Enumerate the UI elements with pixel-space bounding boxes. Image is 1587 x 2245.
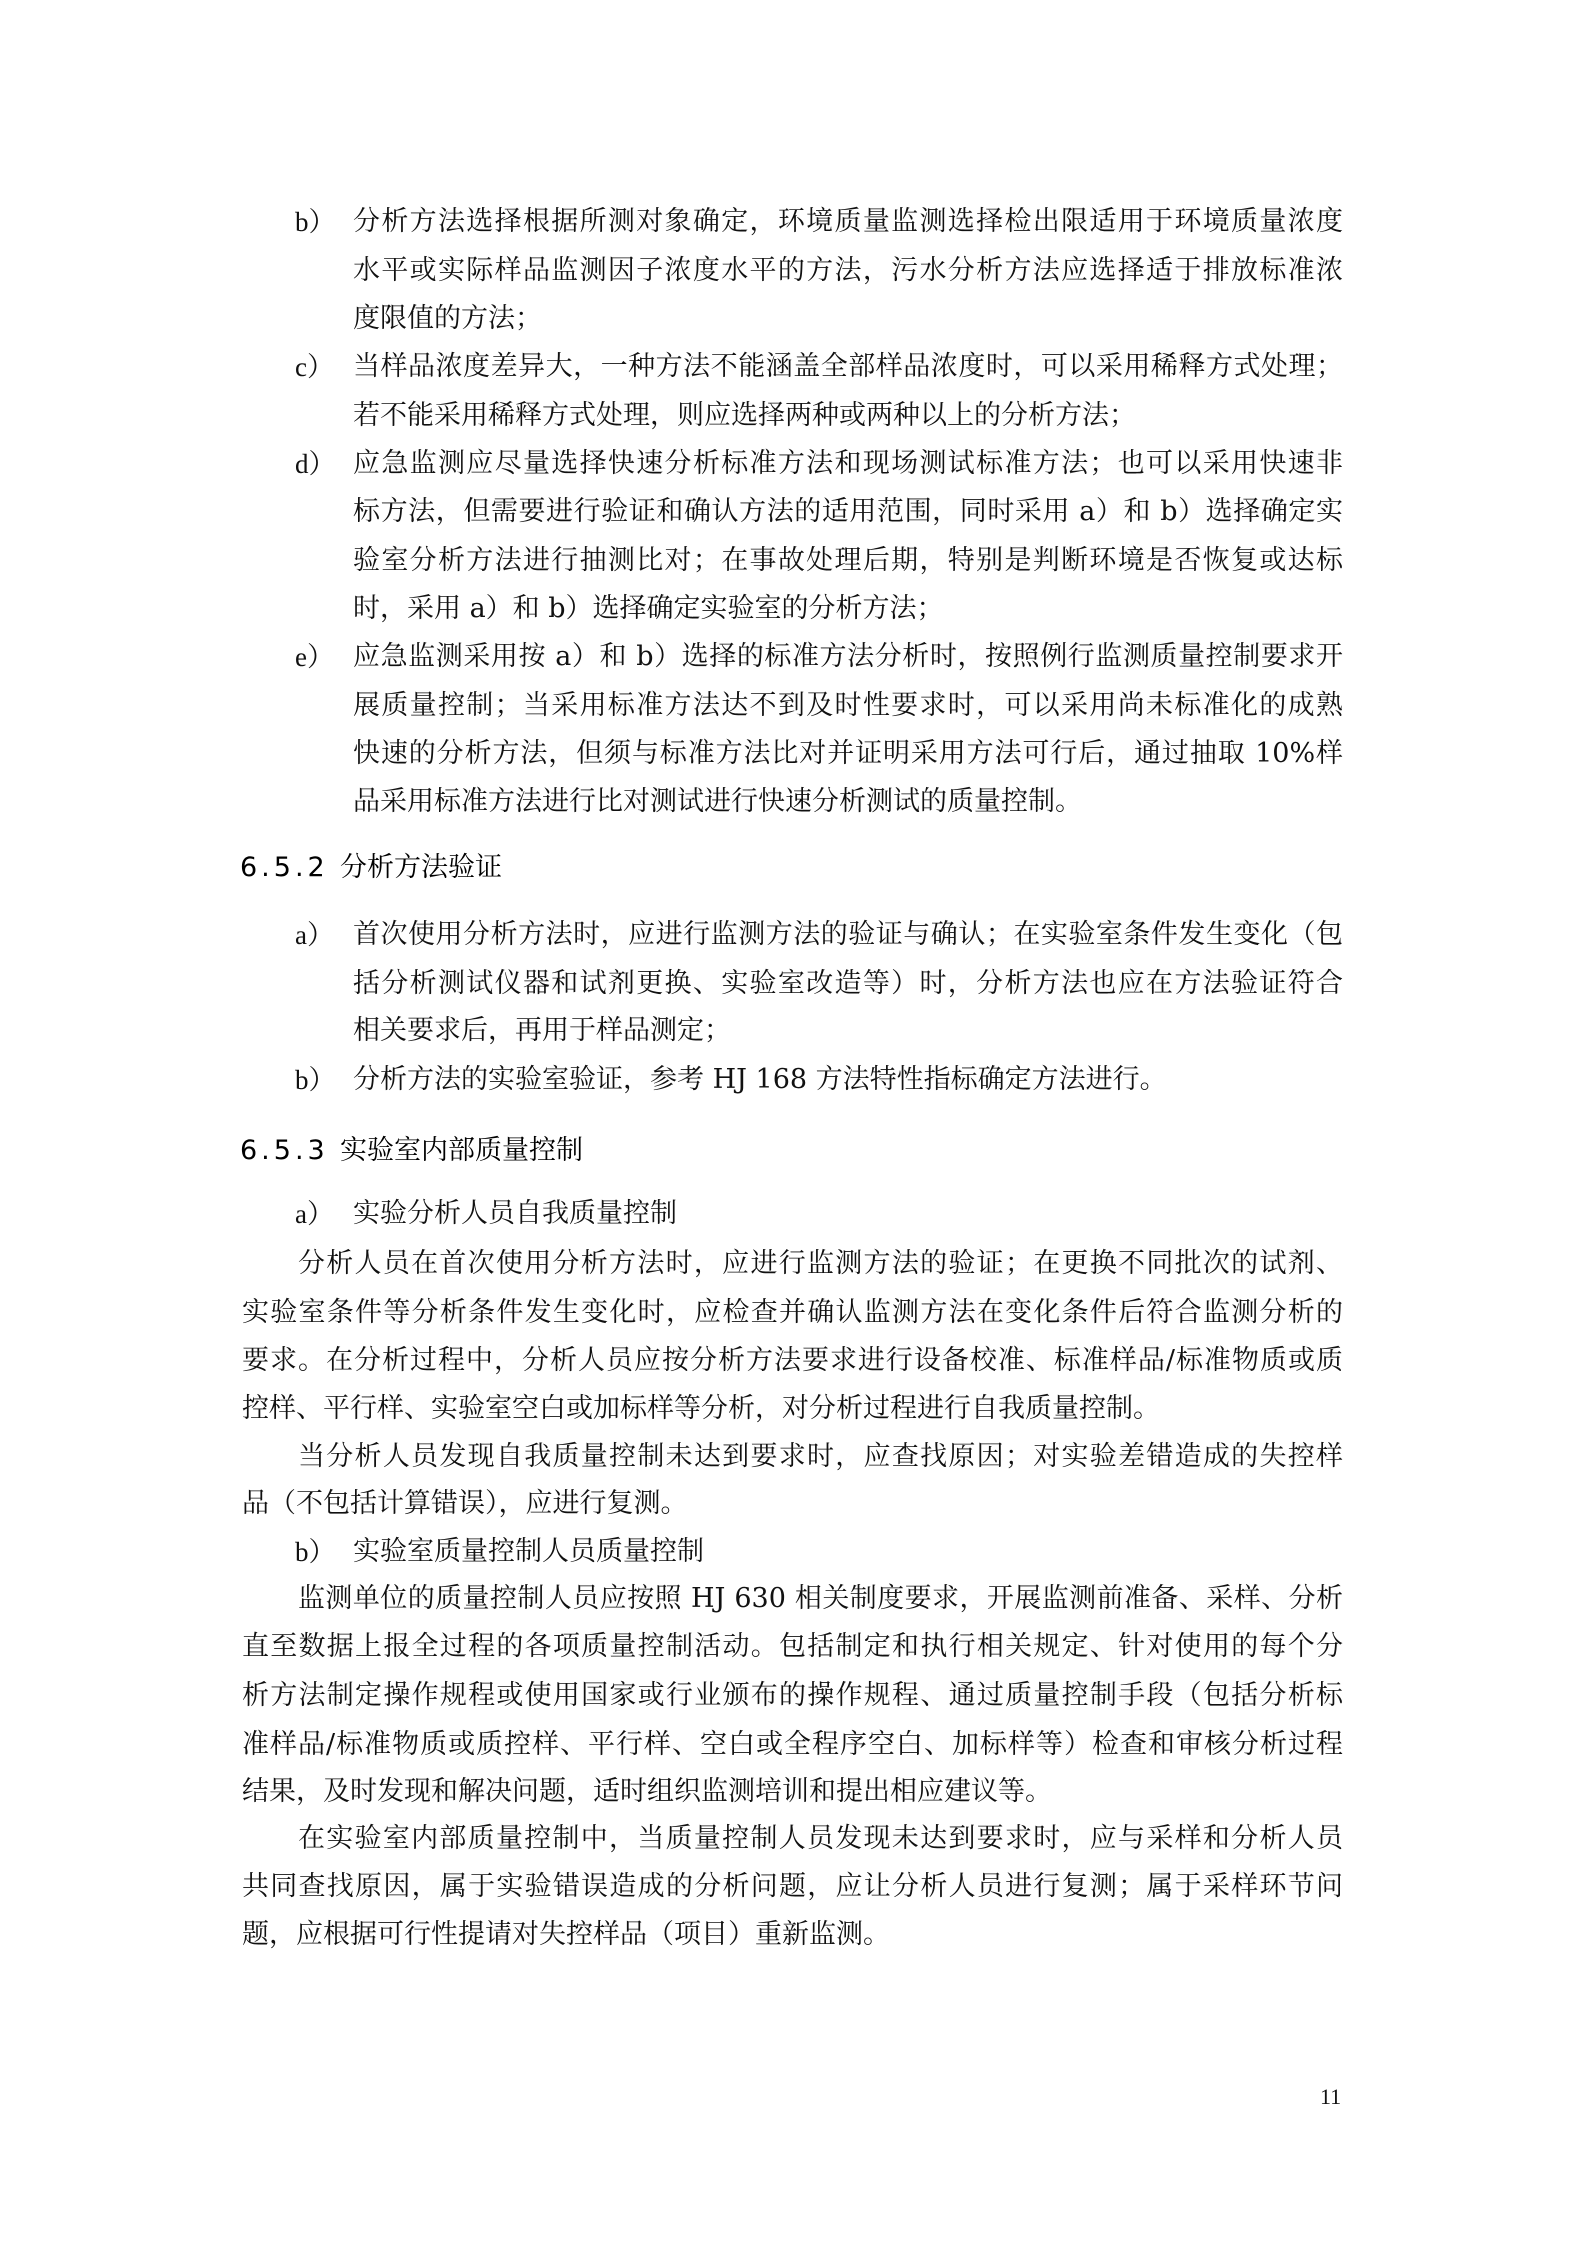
text-line: 相关要求后，再用于样品测定； bbox=[353, 1014, 731, 1048]
text-line: 分析方法的实验室验证，参考 HJ 168 方法特性指标确定方法进行。 bbox=[353, 1063, 1167, 1097]
text-line: 若不能采用稀释方式处理，则应选择两种或两种以上的分析方法； bbox=[353, 399, 1136, 433]
text-line: 度限值的方法； bbox=[353, 302, 542, 336]
section-number: 6.5.3 bbox=[240, 1134, 340, 1168]
text-line: 要求。在分析过程中，分析人员应按分析方法要求进行设备校准、标准样品/标准物质或质 bbox=[242, 1344, 1343, 1378]
text-line: 析方法制定操作规程或使用国家或行业颁布的操作规程、通过质量控制手段（包括分析标 bbox=[242, 1679, 1343, 1713]
text-line: 控样、平行样、实验室空白或加标样等分析，对分析过程进行自我质量控制。 bbox=[242, 1392, 1160, 1426]
list-label: b） bbox=[295, 1063, 336, 1097]
text-line: 结果，及时发现和解决问题，适时组织监测培训和提出相应建议等。 bbox=[242, 1775, 1052, 1809]
text-line: 品采用标准方法进行比对测试进行快速分析测试的质量控制。 bbox=[353, 785, 1082, 819]
text-line: 当分析人员发现自我质量控制未达到要求时，应查找原因；对实验差错造成的失控样 bbox=[298, 1440, 1343, 1474]
section-title: 分析方法验证 bbox=[340, 852, 502, 883]
text-line: 验室分析方法进行抽测比对；在事故处理后期，特别是判断环境是否恢复或达标 bbox=[353, 544, 1343, 578]
text-line: 快速的分析方法，但须与标准方法比对并证明采用方法可行后，通过抽取 10%样 bbox=[353, 737, 1343, 771]
text-line: 监测单位的质量控制人员应按照 HJ 630 相关制度要求，开展监测前准备、采样、… bbox=[298, 1582, 1343, 1616]
text-line: 分析人员在首次使用分析方法时，应进行监测方法的验证；在更换不同批次的试剂、 bbox=[298, 1247, 1343, 1281]
section-title: 实验室内部质量控制 bbox=[340, 1135, 583, 1166]
text-line: 应急监测应尽量选择快速分析标准方法和现场测试标准方法；也可以采用快速非 bbox=[353, 447, 1343, 481]
text-line: 应急监测采用按 a）和 b）选择的标准方法分析时，按照例行监测质量控制要求开 bbox=[353, 640, 1343, 674]
text-line: 在实验室内部质量控制中，当质量控制人员发现未达到要求时，应与采样和分析人员 bbox=[298, 1822, 1343, 1856]
list-label: c） bbox=[295, 350, 334, 384]
list-label: a） bbox=[295, 918, 334, 952]
text-line: 展质量控制；当采用标准方法达不到及时性要求时，可以采用尚未标准化的成熟 bbox=[353, 689, 1343, 723]
text-line: 时，采用 a）和 b）选择确定实验室的分析方法； bbox=[353, 592, 944, 626]
text-line: 品（不包括计算错误），应进行复测。 bbox=[242, 1487, 688, 1521]
text-line: 当样品浓度差异大，一种方法不能涵盖全部样品浓度时，可以采用稀释方式处理； bbox=[353, 350, 1343, 384]
subsection-label: b） bbox=[295, 1535, 336, 1569]
section-heading-6-5-3: 6.5.3实验室内部质量控制 bbox=[240, 1134, 583, 1168]
text-line: 实验室条件等分析条件发生变化时，应检查并确认监测方法在变化条件后符合监测分析的 bbox=[242, 1296, 1343, 1330]
text-line: 水平或实际样品监测因子浓度水平的方法，污水分析方法应选择适于排放标准浓 bbox=[353, 254, 1343, 288]
text-line: 括分析测试仪器和试剂更换、实验室改造等）时，分析方法也应在方法验证符合 bbox=[353, 967, 1343, 1001]
text-line: 标方法，但需要进行验证和确认方法的适用范围，同时采用 a）和 b）选择确定实 bbox=[353, 495, 1343, 529]
list-label: d） bbox=[295, 447, 336, 481]
list-label: b） bbox=[295, 205, 336, 239]
text-line: 题，应根据可行性提请对失控样品（项目）重新监测。 bbox=[242, 1918, 890, 1952]
text-line: 共同查找原因，属于实验错误造成的分析问题，应让分析人员进行复测；属于采样环节问 bbox=[242, 1870, 1343, 1904]
subsection-title: 实验室质量控制人员质量控制 bbox=[353, 1535, 704, 1569]
subsection-label: a） bbox=[295, 1197, 334, 1231]
section-heading-6-5-2: 6.5.2分析方法验证 bbox=[240, 851, 502, 885]
text-line: 分析方法选择根据所测对象确定，环境质量监测选择检出限适用于环境质量浓度 bbox=[353, 205, 1343, 239]
text-line: 准样品/标准物质或质控样、平行样、空白或全程序空白、加标样等）检查和审核分析过程 bbox=[242, 1728, 1343, 1762]
subsection-title: 实验分析人员自我质量控制 bbox=[353, 1197, 677, 1231]
text-line: 首次使用分析方法时，应进行监测方法的验证与确认；在实验室条件发生变化（包 bbox=[353, 918, 1343, 952]
text-line: 直至数据上报全过程的各项质量控制活动。包括制定和执行相关规定、针对使用的每个分 bbox=[242, 1630, 1343, 1664]
page-number: 11 bbox=[1320, 2084, 1341, 2110]
document-page: b） 分析方法选择根据所测对象确定，环境质量监测选择检出限适用于环境质量浓度 水… bbox=[0, 0, 1587, 2245]
list-label: e） bbox=[295, 640, 334, 674]
section-number: 6.5.2 bbox=[240, 851, 340, 885]
